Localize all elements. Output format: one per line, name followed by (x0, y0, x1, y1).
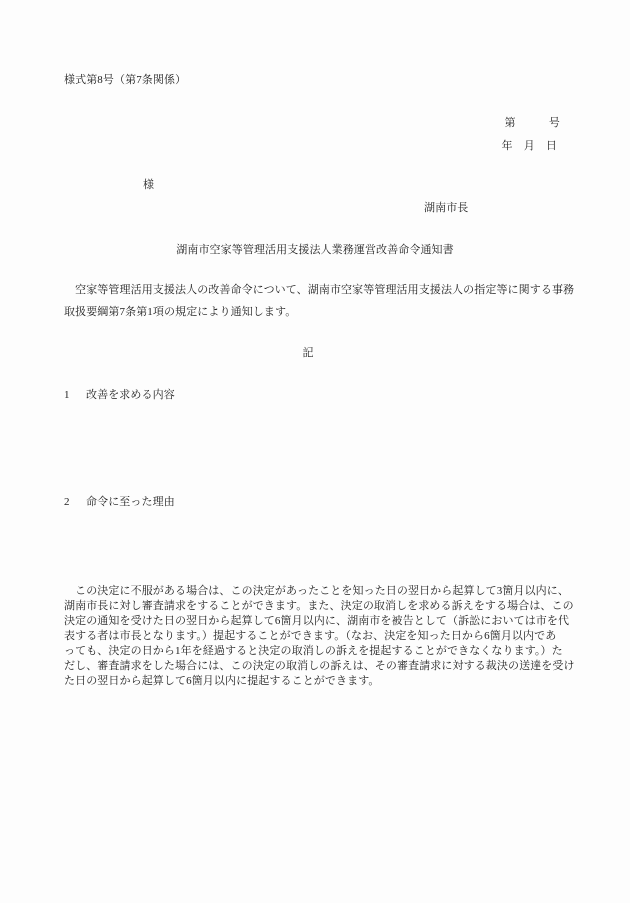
date-line: 年 月 日 (502, 140, 558, 153)
item-2-order-reason: 2命令に至った理由 (64, 496, 175, 509)
item-1-number: 1 (64, 389, 76, 402)
addressee-honorific: 様 (143, 179, 154, 192)
document-title: 湖南市空家等管理活用支援法人業務運営改善命令通知書 (0, 244, 630, 257)
item-2-label: 命令に至った理由 (86, 496, 175, 508)
appeal-rights-paragraph: この決定に不服がある場合は、この決定があったことを知った日の翌日から起算して3箇… (64, 584, 580, 689)
item-1-improvement-content: 1改善を求める内容 (64, 389, 175, 402)
record-marker: 記 (0, 347, 616, 360)
document-number-line: 第 号 (505, 117, 561, 130)
intro-paragraph: 空家等管理活用支援法人の改善命令について、湖南市空家等管理活用支援法人の指定等に… (64, 279, 576, 323)
notice-document-page: 様式第8号（第7条関係） 第 号 年 月 日 様 湖南市長 湖南市空家等管理活用… (0, 0, 630, 903)
form-number: 様式第8号（第7条関係） (64, 74, 186, 87)
item-1-label: 改善を求める内容 (86, 389, 175, 401)
sender-mayor-name: 湖南市長 (424, 202, 468, 215)
item-2-number: 2 (64, 496, 76, 509)
